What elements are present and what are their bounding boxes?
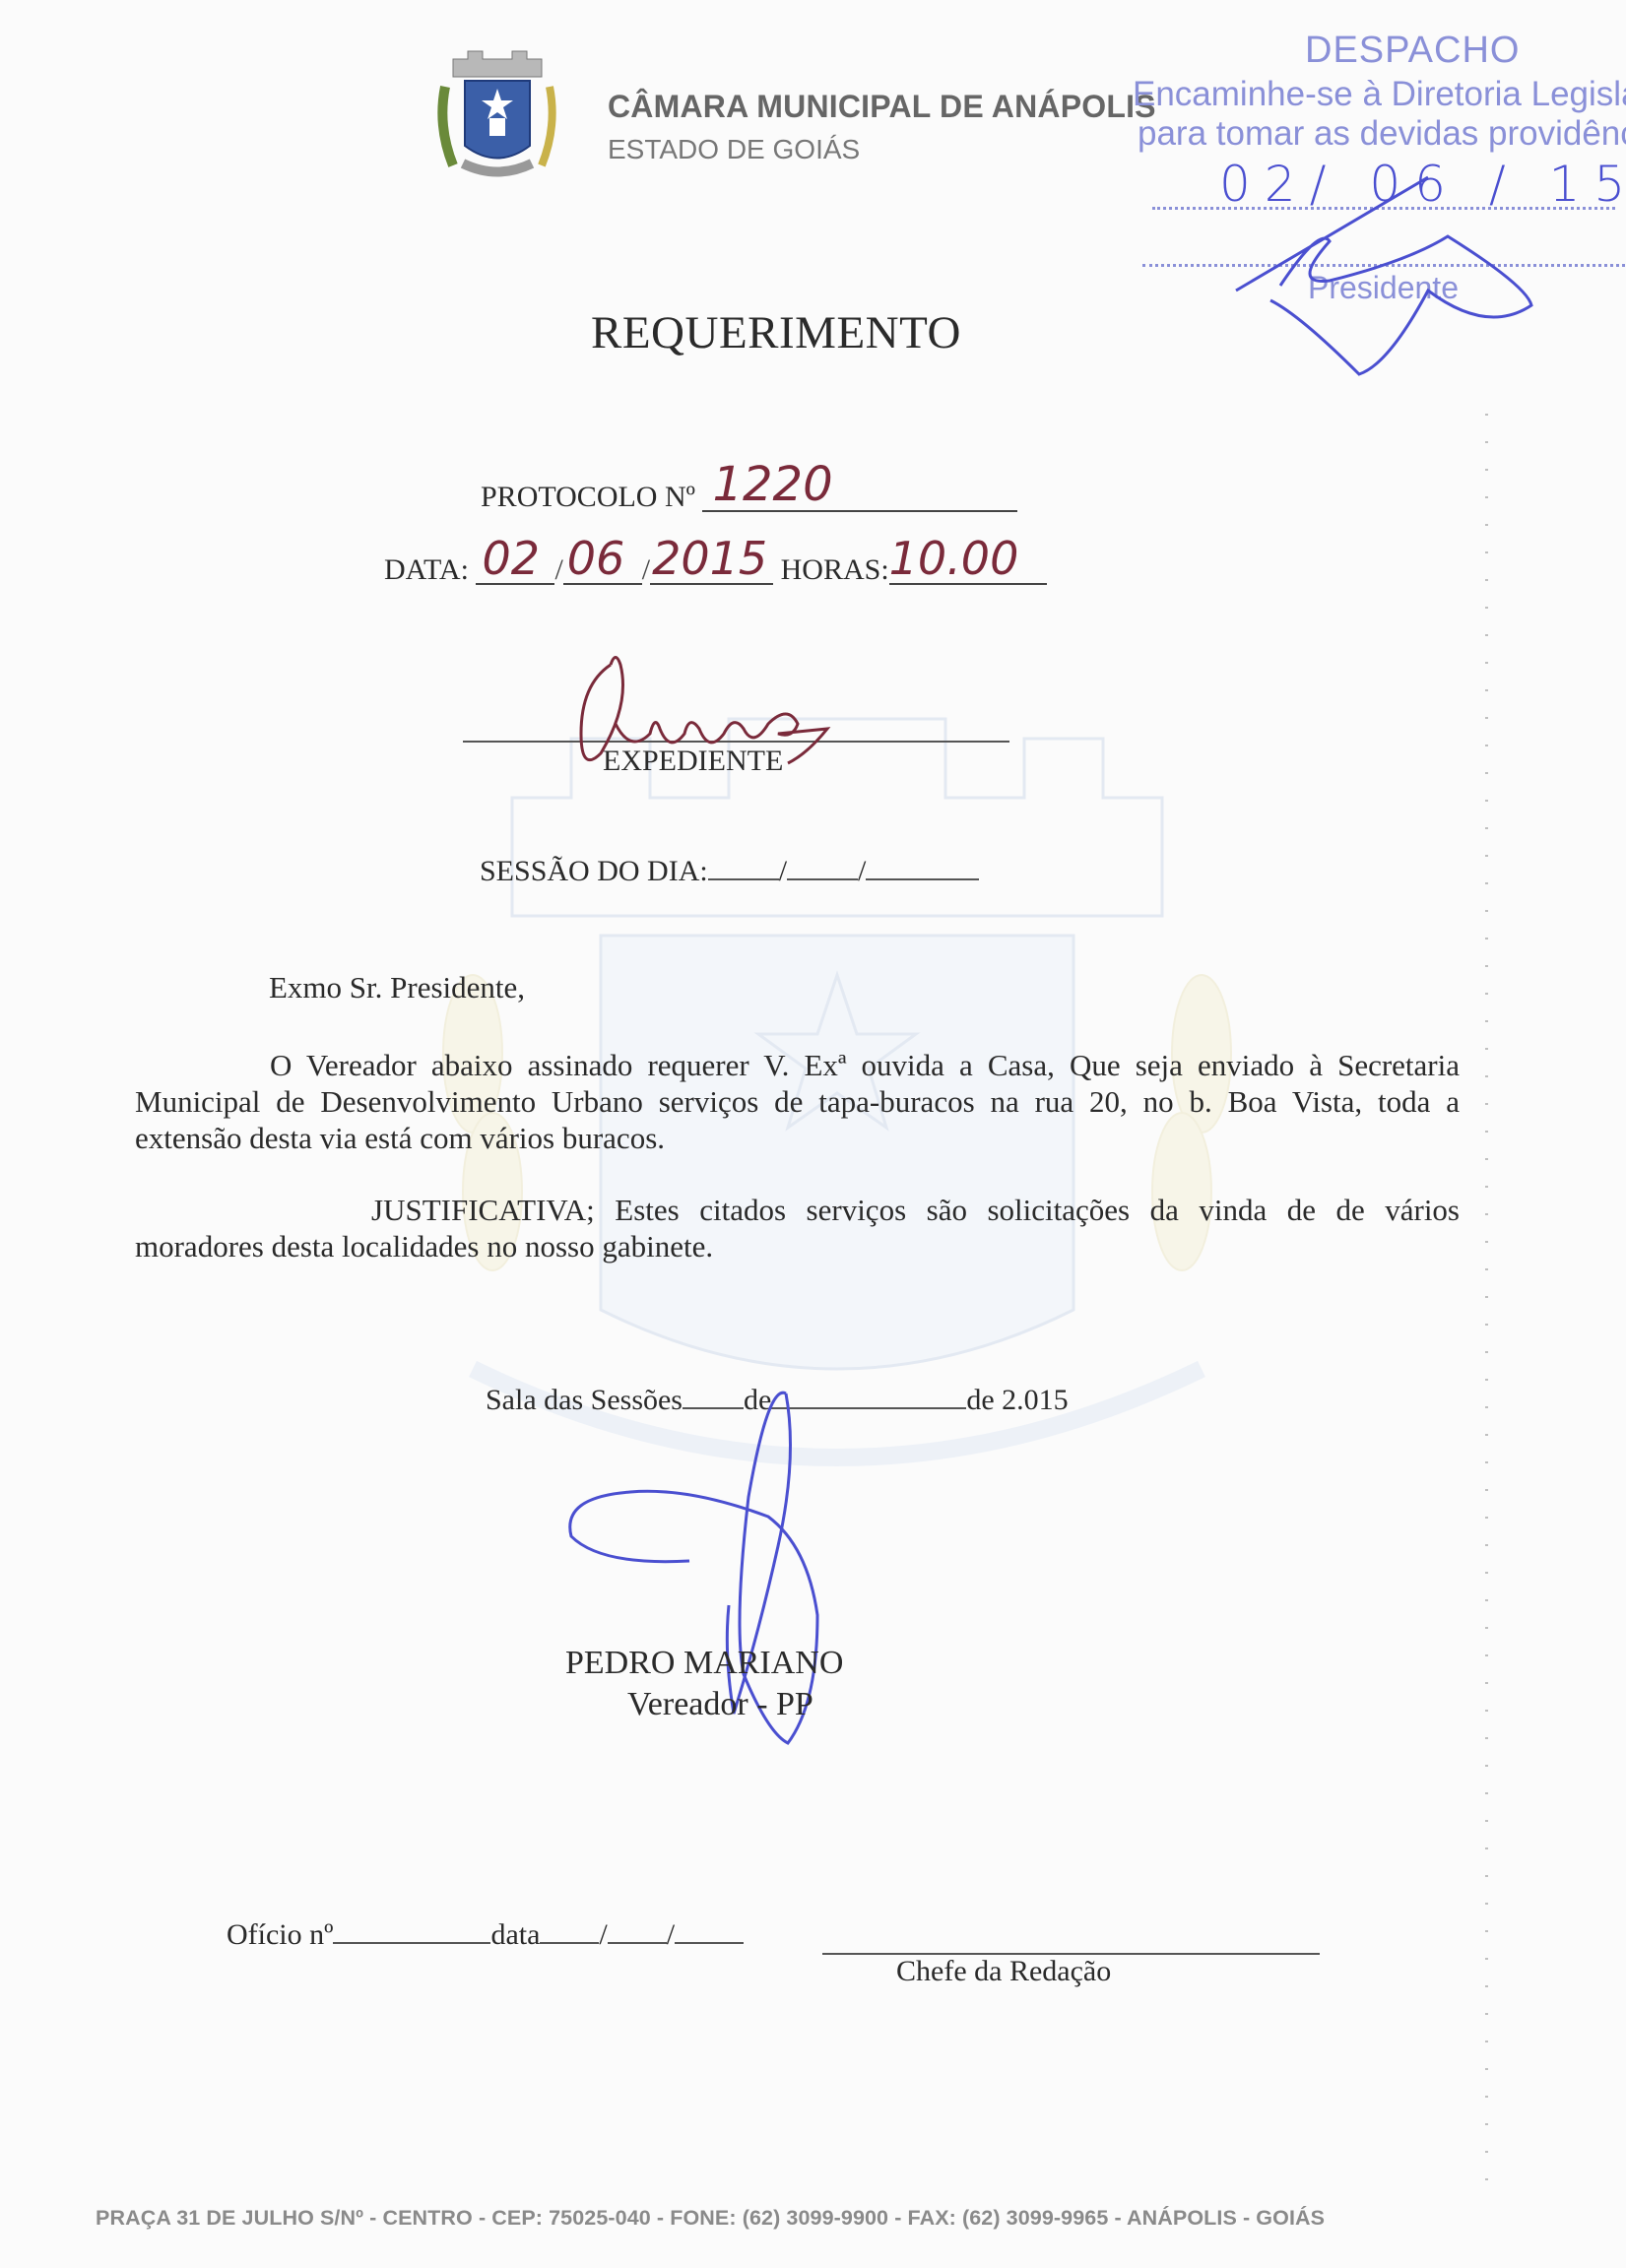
date-day: 02 bbox=[482, 532, 540, 585]
paragraph-1-line-3: extensão desta via está com vários burac… bbox=[135, 1120, 1460, 1156]
oficio-label: Ofício nº bbox=[227, 1918, 333, 1951]
protocol-value: 1220 bbox=[712, 457, 832, 512]
scan-margin-dots bbox=[1485, 414, 1488, 2186]
oficio-row: Ofício nºdata// bbox=[227, 1918, 744, 1952]
protocol-row: PROTOCOLO Nº 1220 bbox=[481, 481, 1017, 514]
protocol-label: PROTOCOLO Nº bbox=[481, 481, 695, 513]
footer-address: PRAÇA 31 DE JULHO S/Nº - CENTRO - CEP: 7… bbox=[96, 2206, 1325, 2231]
state-name: ESTADO DE GOIÁS bbox=[608, 134, 860, 165]
date-year: 2015 bbox=[652, 532, 767, 585]
oficio-day-field[interactable] bbox=[540, 1941, 599, 1944]
session-day-field[interactable] bbox=[708, 877, 779, 880]
date-month: 06 bbox=[567, 532, 625, 585]
paragraph-1-line-2: Municipal de Desenvolvimento Urbano serv… bbox=[135, 1083, 1460, 1120]
oficio-year-field[interactable] bbox=[675, 1941, 744, 1944]
hours-label: HORAS: bbox=[781, 553, 889, 586]
date-label: DATA: bbox=[384, 553, 469, 586]
hours-value: 10.00 bbox=[889, 532, 1019, 585]
session-month-field[interactable] bbox=[787, 877, 858, 880]
institution-name: CÂMARA MUNICIPAL DE ANÁPOLIS bbox=[608, 89, 1156, 125]
signer-role: Vereador - PP bbox=[627, 1686, 813, 1723]
paragraph-2-line-1: JUSTIFICATIVA; Estes citados serviços sã… bbox=[135, 1192, 1460, 1228]
president-signature-icon bbox=[1133, 20, 1626, 394]
session-row: SESSÃO DO DIA:// bbox=[480, 855, 979, 888]
paragraph-2-line-2: moradores desta localidades no nosso gab… bbox=[135, 1228, 1460, 1264]
despacho-stamp: DESPACHO Encaminhe-se à Diretoria Legisl… bbox=[1133, 20, 1626, 374]
expediente-label: EXPEDIENTE bbox=[603, 745, 783, 778]
page-title: REQUERIMENTO bbox=[591, 306, 961, 359]
date-row: DATA: 02/ 06/ 2015 HORAS: 10.00 bbox=[384, 553, 1047, 587]
session-year-field[interactable] bbox=[866, 877, 979, 880]
paragraph-1-line-1: O Vereador abaixo assinado requerer V. E… bbox=[135, 1047, 1460, 1083]
chefe-label: Chefe da Redação bbox=[896, 1955, 1111, 1988]
session-label: SESSÃO DO DIA: bbox=[480, 855, 708, 887]
signer-name: PEDRO MARIANO bbox=[565, 1645, 843, 1682]
oficio-month-field[interactable] bbox=[608, 1941, 667, 1944]
oficio-number-field[interactable] bbox=[333, 1941, 490, 1944]
salutation: Exmo Sr. Presidente, bbox=[269, 970, 525, 1005]
coat-of-arms-icon bbox=[433, 47, 561, 195]
